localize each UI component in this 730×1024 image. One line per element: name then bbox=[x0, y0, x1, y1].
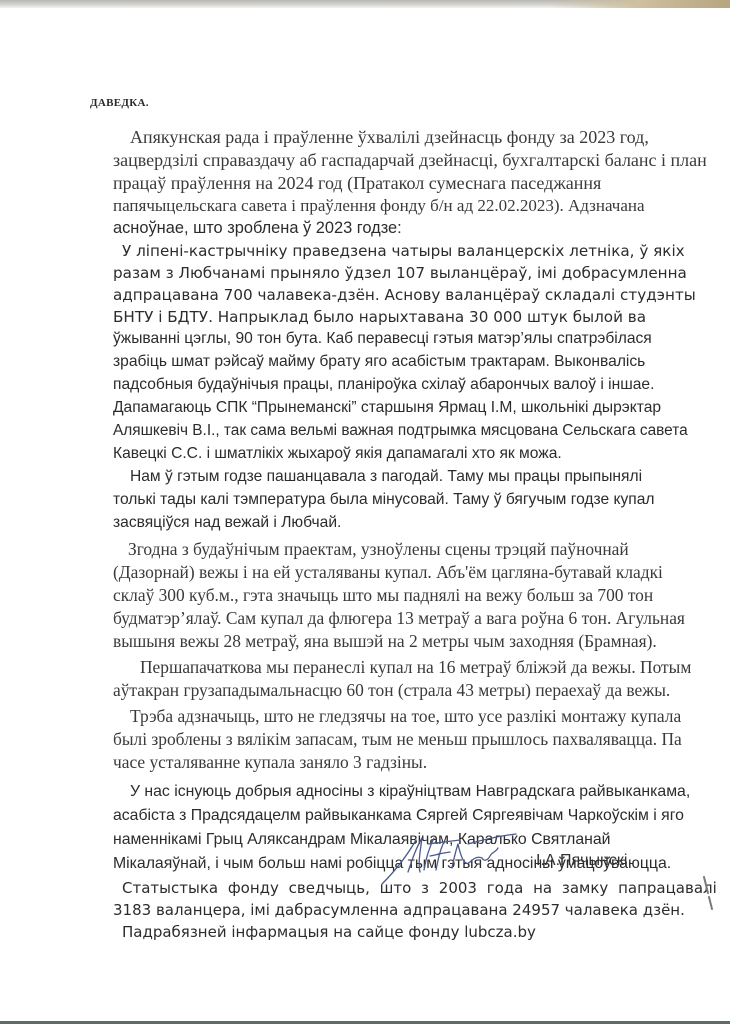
text-line: аўтакран грузападымальнасцю 60 тон (стра… bbox=[113, 679, 670, 701]
text-line: Першапачаткова мы перанеслі купал на 16 … bbox=[140, 656, 691, 678]
text-line: БНТУ і БДТУ. Напрыклад было нарыхтавана … bbox=[113, 306, 646, 328]
text-line: (Дазорнай) вежы і на ей усталяваны купал… bbox=[113, 561, 663, 583]
text-line: папячыцельскага савета і праўлення фонду… bbox=[113, 195, 645, 217]
signature-icon bbox=[378, 832, 518, 892]
text-line: Нам ў гэтым годзе пашанцавала з пагодай.… bbox=[130, 466, 642, 488]
text-line: разам з Любчанамі прыняло ўдзел 107 выла… bbox=[113, 262, 687, 284]
text-line: падсобныя будаўнічыя працы, планіроўка с… bbox=[113, 374, 654, 396]
text-line: асабіста з Прадсядацелм райвыканкама Сяр… bbox=[113, 805, 684, 827]
text-line: Трэба адзначыць, што не гледзячы на тое,… bbox=[130, 705, 681, 727]
text-line: У ліпені-кастрычніку праведзена чатыры в… bbox=[122, 240, 685, 262]
text-line: наменнікамі Грыц Аляксандрам Мікалаявіча… bbox=[113, 829, 611, 851]
text-line: зацвердзілі справаздачу аб гаспадарчай д… bbox=[113, 149, 707, 171]
text-line: У нас існуюць добрыя адносіны з кіраўніц… bbox=[130, 781, 690, 803]
text-line: былі зроблены з вялікім запасам, тым не … bbox=[113, 728, 682, 750]
text-line: часе усталяванне купала заняло 3 гадзіны… bbox=[113, 751, 427, 773]
document-page: ДАВЕДКА. Апякунская рада і праўленне ўхв… bbox=[0, 0, 730, 1024]
text-line: засвяціўся над вежай і Любчай. bbox=[113, 512, 341, 534]
text-line: Кавецкі С.С. і шматлікіх жыхароў якія да… bbox=[113, 443, 562, 465]
text-line: толькі тады калі тэмпература была мінусо… bbox=[113, 489, 655, 511]
text-line: Падрабязней інфармацыя на сайце фонду lu… bbox=[122, 921, 536, 943]
text-line: склаў 300 куб.м., гэта значыць што мы па… bbox=[113, 584, 653, 606]
signer-name: І.А.Пячынскі bbox=[536, 852, 627, 870]
text-line: зрабіць шмат рэйсаў майму брату яго асаб… bbox=[113, 351, 645, 373]
text-line: будматэр’ялаў. Сам купал да флюгера 13 м… bbox=[113, 607, 685, 629]
text-line: Дапамагаюць СПК “Прынеманскі” старшыня Я… bbox=[113, 397, 661, 419]
text-line: працаў праўлення на 2024 год (Пратакол с… bbox=[113, 172, 601, 194]
text-line: Апякунская рада і праўленне ўхвалілі дзе… bbox=[130, 126, 649, 148]
document-title: ДАВЕДКА. bbox=[90, 97, 149, 109]
pen-mark-icon bbox=[700, 875, 716, 915]
text-line: вышыня вежы 28 метраў, яна вышэй на 2 ме… bbox=[113, 630, 657, 652]
text-line: ўжыванні цэглы, 90 тон бута. Каб перавес… bbox=[113, 328, 652, 350]
text-line: Згодна з будаўнічым праектам, узноўлены … bbox=[128, 538, 629, 560]
text-line: адпрацавана 700 чалавека-дзён. Аснову ва… bbox=[113, 284, 696, 306]
text-line: 3183 валанцера, імі дабрасумленна адпрац… bbox=[113, 899, 685, 921]
text-line: Аляшкевіч В.І., так сама вельмі важная п… bbox=[113, 420, 688, 442]
text-line: асноўнае, што зроблена ў 2023 годзе: bbox=[113, 217, 402, 239]
